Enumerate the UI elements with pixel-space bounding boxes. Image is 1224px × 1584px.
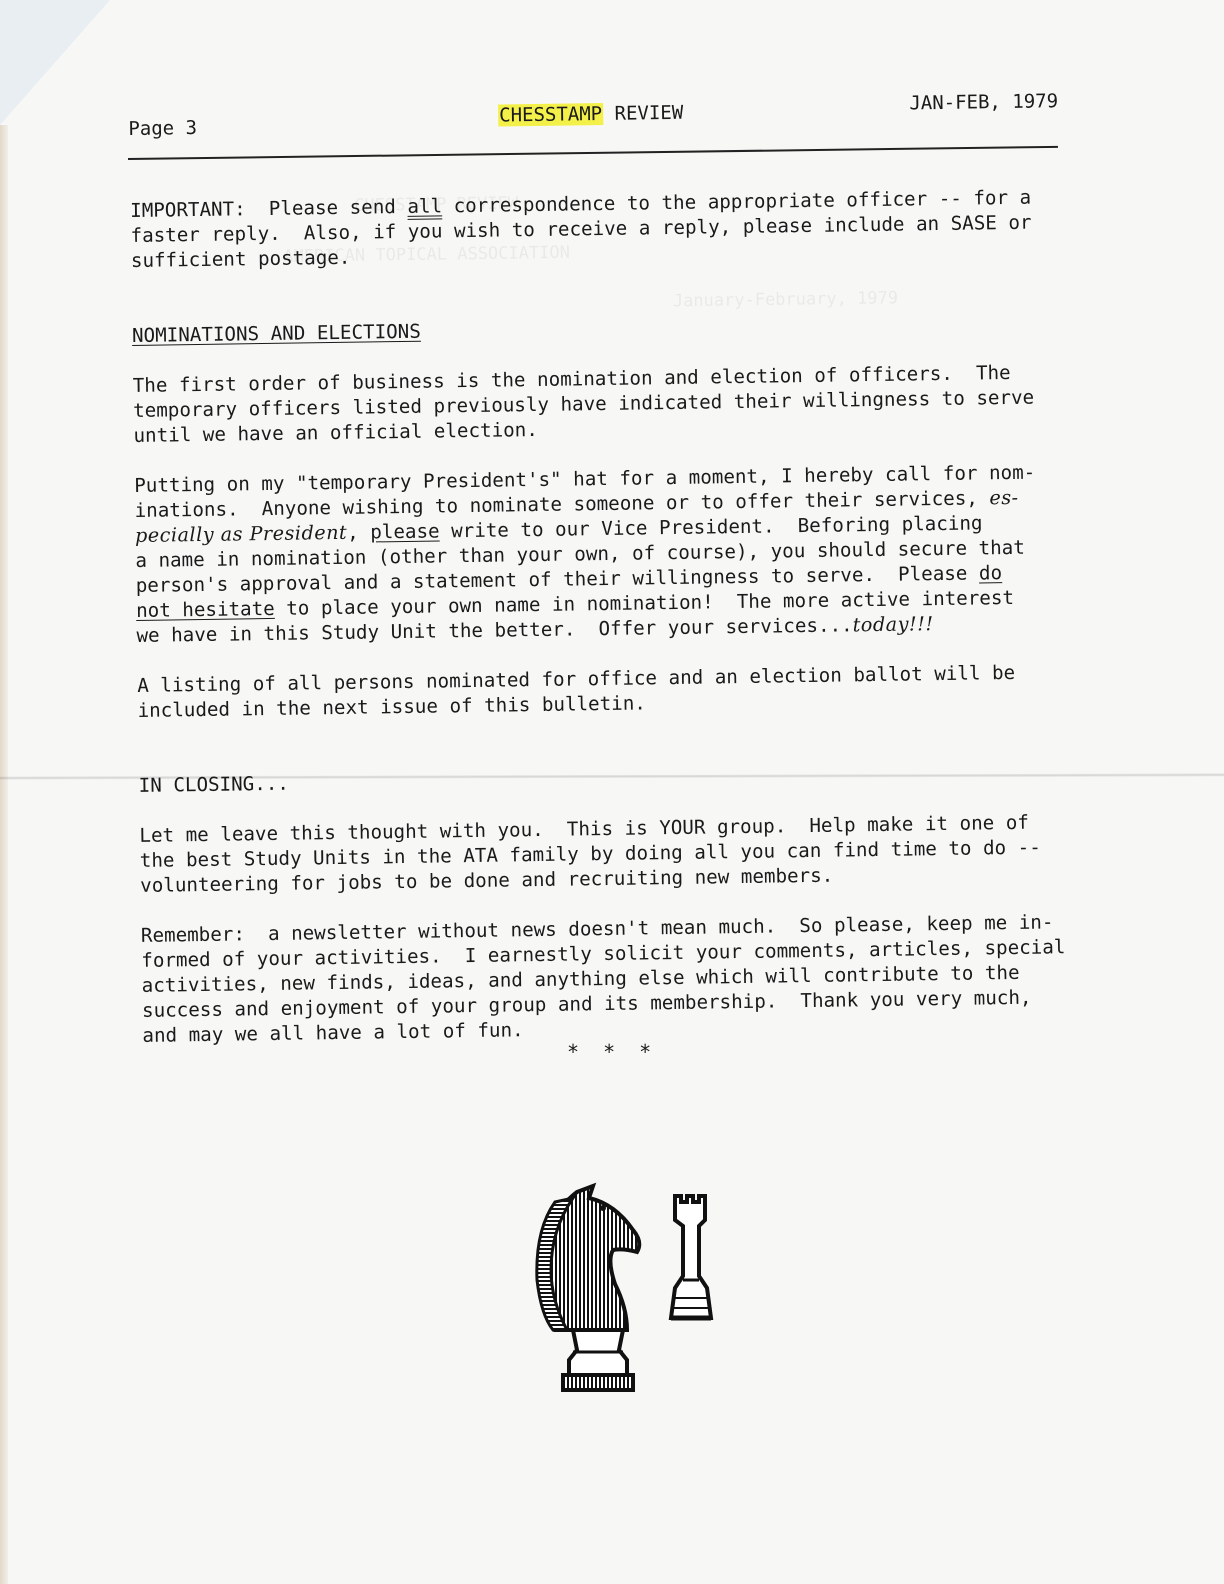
text: faster reply. Also, if	[130, 220, 408, 247]
text: IMPORTANT: Please send	[130, 195, 408, 222]
emphasis-you: you	[408, 219, 443, 243]
page-body: IMPORTANT: Please send all correspondenc…	[130, 184, 1103, 1048]
page-header: Page 3 CHESSTAMP REVIEW JAN-FEB, 1979	[128, 90, 1058, 134]
title-rest: REVIEW	[603, 102, 683, 125]
nominations-paragraph-2: Putting on my "temporary President's" ha…	[134, 459, 1096, 648]
issue-date: JAN-FEB, 1979	[909, 90, 1058, 114]
italic-text: today!!!	[852, 612, 933, 636]
closing-paragraph-1: Let me leave this thought with you. This…	[139, 809, 1100, 898]
italic-text: es-	[989, 486, 1019, 509]
emphasis-please: please	[370, 519, 440, 543]
text: ,	[347, 520, 370, 543]
chess-knight-icon	[537, 1186, 639, 1390]
emphasis-do: do	[979, 561, 1002, 584]
chess-pieces-illustration	[515, 1180, 735, 1395]
document-page: CHESSTAMP REVIEW AMERICAN TOPICAL ASSOCI…	[0, 0, 1224, 1584]
header-rule	[128, 146, 1058, 160]
title-highlight: CHESSTAMP	[498, 103, 603, 127]
nominations-paragraph-1: The first order of business is the nomin…	[133, 359, 1094, 448]
section-separator: * * *	[567, 1040, 657, 1064]
emphasis-not-hesitate: not hesitate	[136, 597, 275, 622]
closing-paragraph-2: Remember: a newsletter without news does…	[141, 909, 1103, 1048]
emphasis-all: all	[407, 194, 442, 218]
newsletter-title: CHESSTAMP REVIEW	[498, 102, 683, 127]
important-notice: IMPORTANT: Please send all correspondenc…	[130, 184, 1091, 273]
italic-text: pecially as President	[135, 521, 348, 547]
page-number: Page 3	[128, 117, 197, 140]
chess-rook-icon	[671, 1196, 711, 1318]
